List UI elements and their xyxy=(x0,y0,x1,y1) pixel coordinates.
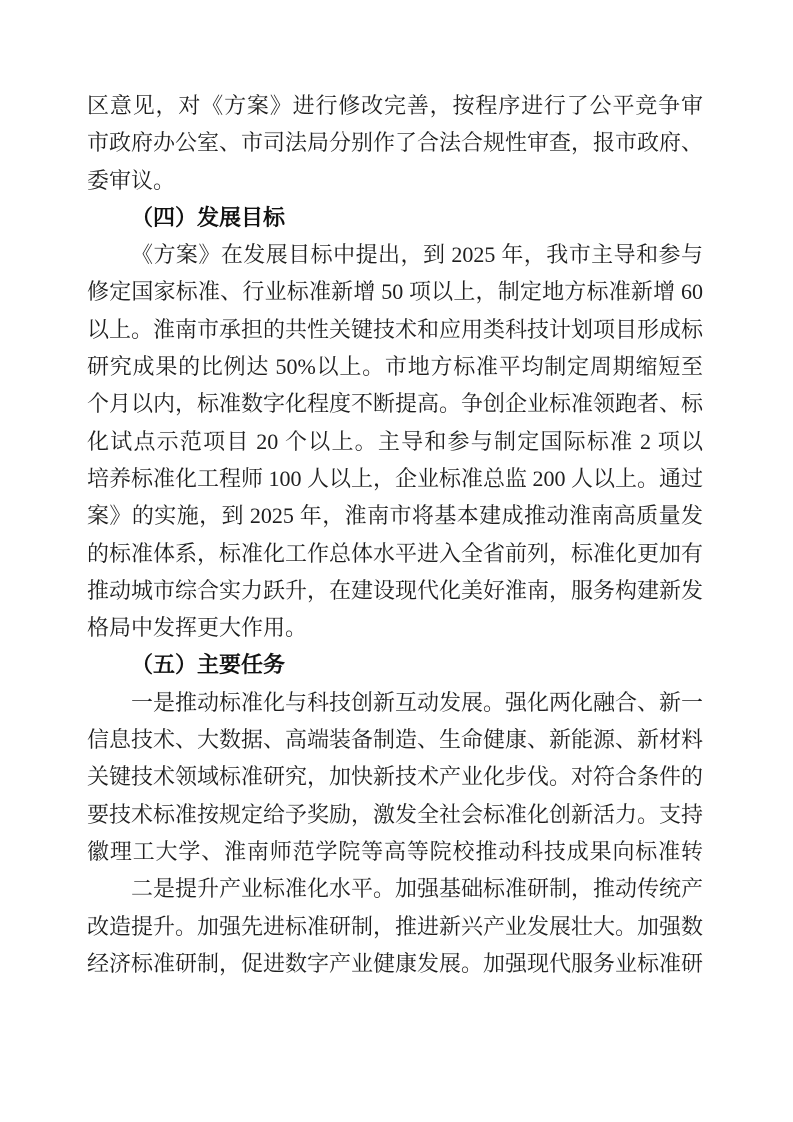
text-line: 区意见，对《方案》进行修改完善，按程序进行了公平竞争审查。 xyxy=(87,87,703,124)
paragraph-development-goals: 《方案》在发展目标中提出，到 2025 年，我市主导和参与制 修定国家标准、行业… xyxy=(87,236,703,646)
text-line: 推动城市综合实力跃升，在建设现代化美好淮南，服务构建新发展 xyxy=(87,572,703,609)
text-line: 一是推动标准化与科技创新互动发展。强化两化融合、新一代 xyxy=(87,684,703,721)
document-page: 区意见，对《方案》进行修改完善，按程序进行了公平竞争审查。 市政府办公室、市司法… xyxy=(0,0,793,1122)
text-line: 委审议。 xyxy=(87,162,703,199)
text-line: 徽理工大学、淮南师范学院等高等院校推动科技成果向标准转化。 xyxy=(87,833,703,870)
text-line: 修定国家标准、行业标准新增 50 项以上，制定地方标准新增 60 项 xyxy=(87,273,703,310)
text-line: 关键技术领域标准研究，加快新技术产业化步伐。对符合条件的重 xyxy=(87,758,703,795)
text-line: 案》的实施，到 2025 年，淮南市将基本建成推动淮南高质量发展 xyxy=(87,497,703,534)
section-heading-development-goals: （四）发展目标 xyxy=(87,199,703,236)
text-line: 改造提升。加强先进标准研制，推进新兴产业发展壮大。加强数字 xyxy=(87,908,703,945)
text-line: 以上。淮南市承担的共性关键技术和应用类科技计划项目形成标准 xyxy=(87,311,703,348)
text-line: 个月以内，标准数字化程度不断提高。争创企业标准领跑者、标准 xyxy=(87,385,703,422)
text-line: 化试点示范项目 20 个以上。主导和参与制定国际标准 2 项以上。 xyxy=(87,423,703,460)
section-heading-main-tasks: （五）主要任务 xyxy=(87,646,703,683)
text-line: 格局中发挥更大作用。 xyxy=(87,609,703,646)
text-line: 二是提升产业标准化水平。加强基础标准研制，推动传统产业 xyxy=(87,870,703,907)
paragraph-task-one: 一是推动标准化与科技创新互动发展。强化两化融合、新一代 信息技术、大数据、高端装… xyxy=(87,684,703,870)
text-line: 要技术标准按规定给予奖励，激发全社会标准化创新活力。支持安 xyxy=(87,796,703,833)
document-content: 区意见，对《方案》进行修改完善，按程序进行了公平竞争审查。 市政府办公室、市司法… xyxy=(87,87,703,982)
paragraph-task-two: 二是提升产业标准化水平。加强基础标准研制，推动传统产业 改造提升。加强先进标准研… xyxy=(87,870,703,982)
text-line: 《方案》在发展目标中提出，到 2025 年，我市主导和参与制 xyxy=(87,236,703,273)
text-line: 的标准体系，标准化工作总体水平进入全省前列，标准化更加有效 xyxy=(87,535,703,572)
text-line: 经济标准研制，促进数字产业健康发展。加强现代服务业标准研制， xyxy=(87,945,703,982)
text-line: 市政府办公室、市司法局分别作了合法合规性审查，报市政府、市 xyxy=(87,124,703,161)
text-line: 研究成果的比例达 50%以上。市地方标准平均制定周期缩短至 12 xyxy=(87,348,703,385)
text-line: 培养标准化工程师 100 人以上，企业标准总监 200 人以上。通过《方 xyxy=(87,460,703,497)
text-line: 信息技术、大数据、高端装备制造、生命健康、新能源、新材料等 xyxy=(87,721,703,758)
paragraph-review-continuation: 区意见，对《方案》进行修改完善，按程序进行了公平竞争审查。 市政府办公室、市司法… xyxy=(87,87,703,199)
